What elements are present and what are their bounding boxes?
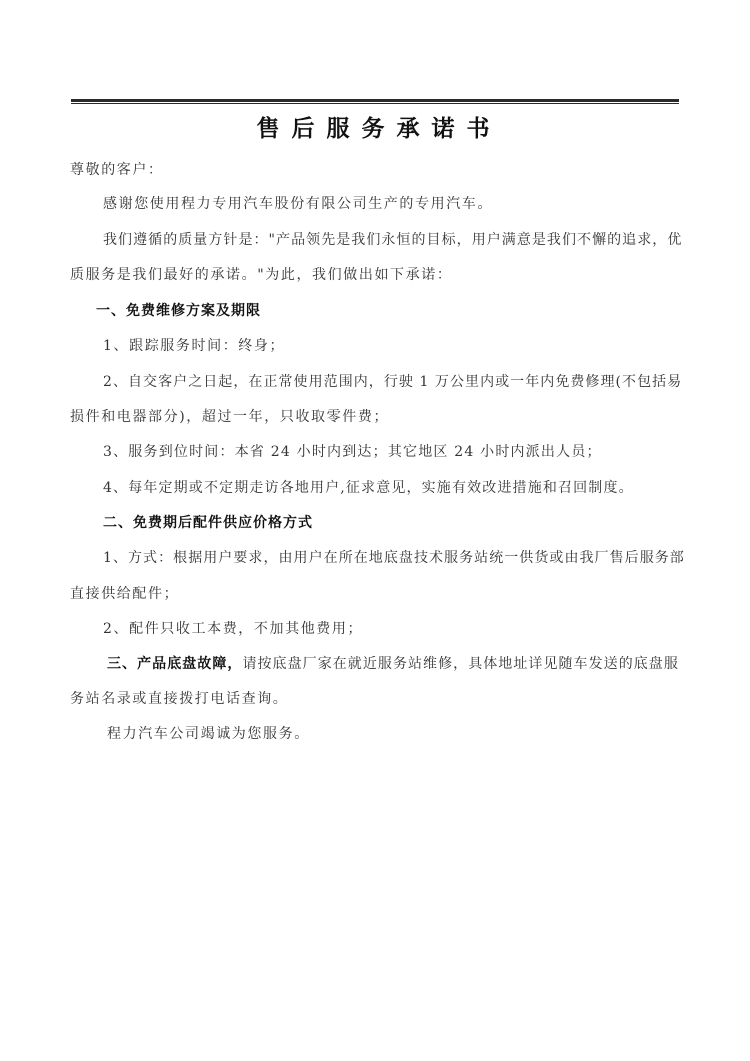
section-2-heading: 二、免费期后配件供应价格方式 — [103, 512, 313, 532]
policy-paragraph-line-1: 我们遵循的质量方针是："产品领先是我们永恒的目标，用户满意是我们不懈的追求，优 — [103, 229, 682, 249]
intro-paragraph: 感谢您使用程力专用汽车股份有限公司生产的专用汽车。 — [103, 193, 493, 213]
section-3-line-2: 务站名录或直接拨打电话查询。 — [70, 688, 288, 708]
section-3-text: 请按底盘厂家在就近服务站维修，具体地址详见随车发送的底盘服 — [242, 656, 678, 672]
section-3-line-1: 三、产品底盘故障，请按底盘厂家在就近服务站维修，具体地址详见随车发送的底盘服 — [107, 653, 679, 673]
document-title: 售后服务承诺书 — [0, 110, 750, 143]
section-1-heading: 一、免费维修方案及期限 — [96, 300, 261, 320]
section-1-item-1: 1、跟踪服务时间：终身； — [103, 335, 285, 355]
section-1-item-2-line-2: 损件和电器部分)，超过一年，只收取零件费； — [70, 406, 389, 426]
section-2-item-1-line-2: 直接供给配件； — [70, 583, 179, 603]
section-2-item-2: 2、配件只收工本费，不加其他费用； — [103, 618, 363, 638]
section-3-heading: 三、产品底盘故障， — [107, 656, 242, 672]
section-1-item-3: 3、服务到位时间：本省 24 小时内到达；其它地区 24 小时内派出人员； — [103, 441, 602, 461]
closing-line: 程力汽车公司竭诚为您服务。 — [107, 723, 310, 743]
rule-thin-line — [71, 103, 679, 104]
policy-paragraph-line-2: 质服务是我们最好的承诺。"为此，我们做出如下承诺： — [70, 264, 452, 284]
section-1-item-4: 4、每年定期或不定期走访各地用户,征求意见，实施有效改进措施和召回制度。 — [103, 477, 634, 497]
section-2-item-1-line-1: 1、方式：根据用户要求，由用户在所在地底盘技术服务站统一供货或由我厂售后服务部 — [103, 547, 685, 567]
header-double-rule — [71, 99, 679, 104]
section-1-item-2-line-1: 2、自交客户之日起，在正常使用范围内，行驶 1 万公里内或一年内免费修理(不包括… — [103, 371, 682, 391]
salutation: 尊敬的客户： — [70, 159, 164, 179]
